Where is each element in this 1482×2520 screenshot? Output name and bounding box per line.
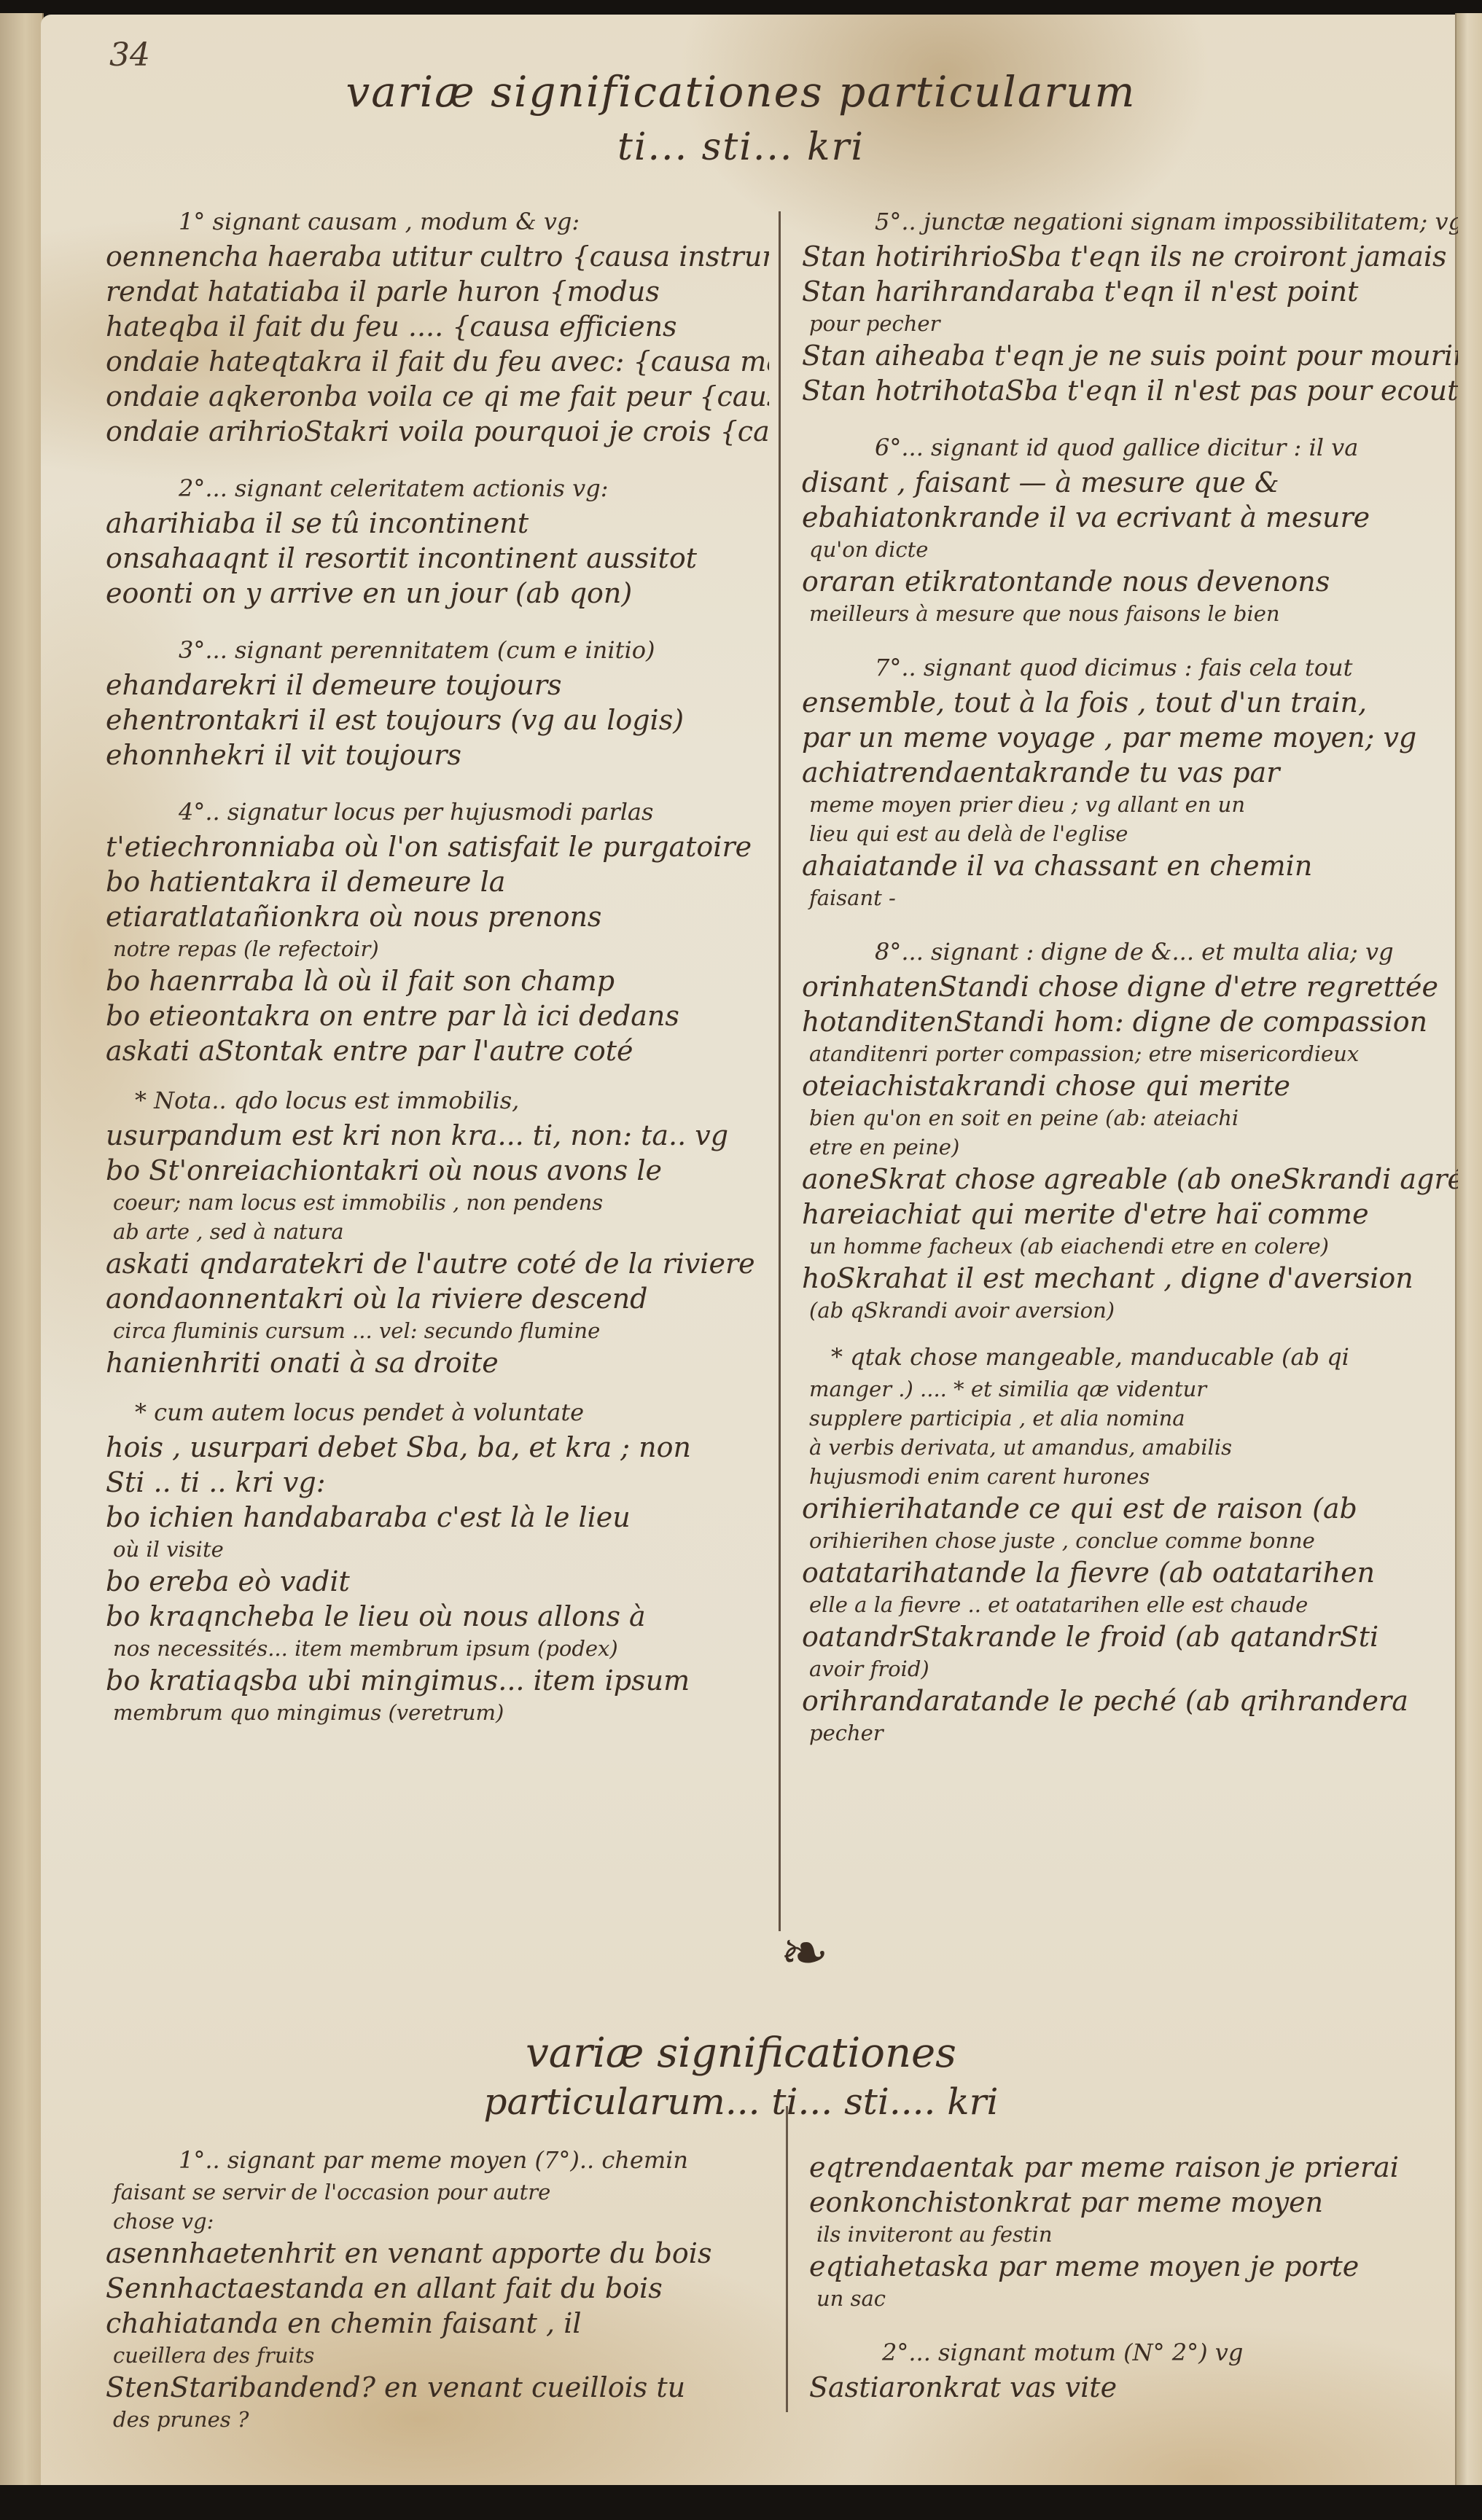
text-line: supplere participia , et alia nomina [802, 1404, 1458, 1433]
text-line: ondaie arihrioStakri voila pourquoi je c… [106, 414, 769, 449]
section-heading: 6°... signant id quod gallice dicitur : … [802, 430, 1458, 465]
text-line: bo kraqncheba le lieu où nous allons à [106, 1599, 769, 1634]
section-heading: 1°.. signant par meme moyen (7°).. chemi… [106, 2143, 769, 2177]
text-line: bo ereba eò vadit [106, 1564, 769, 1599]
text-line: bo ichien handabaraba c'est là le lieu [106, 1500, 769, 1535]
text-line: ils inviteront au festin [809, 2220, 1458, 2249]
column-divider [779, 211, 781, 1931]
text-line: lieu qui est au delà de l'eglise [802, 819, 1458, 848]
text-line: avoir froid) [802, 1654, 1458, 1683]
text-line: bo etieontakra on entre par là ici dedan… [106, 998, 769, 1033]
text-line: achiatrendaentakrande tu vas par [802, 755, 1458, 790]
text-line: pour pecher [802, 309, 1458, 338]
text-line: circa fluminis cursum ... vel: secundo f… [106, 1316, 769, 1345]
text-line: hotanditenStandi hom: digne de compassio… [802, 1004, 1458, 1039]
text-line: chahiatanda en chemin faisant , il [106, 2306, 769, 2341]
text-line: orihrandaratande le peché (ab qrihrander… [802, 1683, 1458, 1718]
text-line: StenStaribandend? en venant cueillois tu [106, 2370, 769, 2405]
text-line: par un meme voyage , par meme moyen; vg [802, 720, 1458, 755]
text-line: ondaie hateqtakra il fait du feu avec: {… [106, 344, 769, 379]
note-line: * Nota.. qdo locus est immobilis, [106, 1083, 769, 1118]
text-line: hois , usurpari debet Sba, ba, et kra ; … [106, 1430, 769, 1465]
page-title: variæ significationes particularum [0, 67, 1482, 117]
text-line: où il visite [106, 1535, 769, 1564]
page-subtitle: ti... sti... kri [0, 125, 1482, 169]
text-line: meilleurs à mesure que nous faisons le b… [802, 599, 1458, 628]
text-line: (ab qSkrandi avoir aversion) [802, 1296, 1458, 1325]
text-line: eoonti on y arrive en un jour (ab qon) [106, 576, 769, 611]
section-heading: 8°... signant : digne de &... et multa a… [802, 934, 1458, 969]
note-line: * cum autem locus pendet à voluntate [106, 1395, 769, 1430]
section-heading: 2°... signant motum (N° 2°) vg [809, 2335, 1458, 2370]
text-line: oraran etikratontande nous devenons [802, 564, 1458, 599]
text-line: ehonnhekri il vit toujours [106, 737, 769, 772]
text-line: eqtiahetaska par meme moyen je porte [809, 2249, 1458, 2284]
text-line: faisant - [802, 883, 1458, 912]
text-line: bo haenrraba là où il fait son champ [106, 963, 769, 998]
text-line: coeur; nam locus est immobilis , non pen… [106, 1188, 769, 1217]
text-line: à verbis derivata, ut amandus, amabilis [802, 1433, 1458, 1462]
text-line: Stan aiheaba t'eqn je ne suis point pour… [802, 338, 1458, 373]
text-line: Sennhactaestanda en allant fait du bois [106, 2271, 769, 2306]
text-line: orihierihen chose juste , conclue comme … [802, 1526, 1458, 1555]
text-line: aoneSkrat chose agreable (ab oneSkrandi … [802, 1162, 1458, 1197]
text-line: usurpandum est kri non kra... ti, non: t… [106, 1118, 769, 1153]
right-column: 5°.. junctæ negationi signam impossibili… [802, 204, 1458, 1748]
text-line: notre repas (le refectoir) [106, 934, 769, 963]
text-line: bo kratiaqsba ubi mingimus... item ipsum [106, 1663, 769, 1698]
fleuron-ornament: ❧ [780, 1924, 816, 1997]
text-line: oennencha haeraba utitur cultro {causa i… [106, 239, 769, 274]
text-line: askati aStontak entre par l'autre coté [106, 1033, 769, 1068]
text-line: Stan harihrandaraba t'eqn il n'est point [802, 274, 1458, 309]
text-line: Sti .. ti .. kri vg: [106, 1465, 769, 1500]
text-line: un sac [809, 2284, 1458, 2313]
text-line: etre en peine) [802, 1132, 1458, 1162]
text-line: oatandrStakrande le froid (ab qatandrSti [802, 1619, 1458, 1654]
text-line: onsahaaqnt il resortit incontinent aussi… [106, 541, 769, 576]
text-line: hujusmodi enim carent hurones [802, 1462, 1458, 1491]
text-line: ahaiatande il va chassant en chemin [802, 848, 1458, 883]
note-line: * qtak chose mangeable, manducable (ab q… [802, 1339, 1458, 1374]
text-line: hanienhriti onati à sa droite [106, 1345, 769, 1380]
text-line: asennhaetenhrit en venant apporte du boi… [106, 2236, 769, 2271]
text-line: Stan hotrihotaSba t'eqn il n'est pas pou… [802, 373, 1458, 408]
text-line: aharihiaba il se tû incontinent [106, 506, 769, 541]
text-line: bo St'onreiachiontakri où nous avons le [106, 1153, 769, 1188]
section-heading: 2°... signant celeritatem actionis vg: [106, 471, 769, 506]
section-heading: 3°... signant perennitatem (cum e initio… [106, 633, 769, 668]
left-column: 1° signant causam , modum & vg:oennencha… [106, 204, 769, 1727]
text-line: orinhatenStandi chose digne d'etre regre… [802, 969, 1458, 1004]
text-line: orihierihatande ce qui est de raison (ab [802, 1491, 1458, 1526]
text-line: bo hatientakra il demeure la [106, 864, 769, 899]
text-line: disant , faisant — à mesure que & [802, 465, 1458, 500]
bottom-right-column: eqtrendaentak par meme raison je prierai… [809, 2150, 1458, 2405]
text-line: meme moyen prier dieu ; vg allant en un [802, 790, 1458, 819]
text-line: t'etiechronniaba où l'on satisfait le pu… [106, 829, 769, 864]
text-line: hateqba il fait du feu .... {causa effic… [106, 309, 769, 344]
section-heading: 7°.. signant quod dicimus : fais cela to… [802, 650, 1458, 685]
text-line: Stan hotirihrioSba t'eqn ils ne croiront… [802, 239, 1458, 274]
section-subtitle: particularum... ti... sti.... kri [0, 2081, 1482, 2123]
scan-border-bottom [0, 2485, 1482, 2520]
text-line: eqtrendaentak par meme raison je prierai [809, 2150, 1458, 2185]
text-line: hoSkrahat il est mechant , digne d'avers… [802, 1261, 1458, 1296]
bottom-left-column: 1°.. signant par meme moyen (7°).. chemi… [106, 2143, 769, 2434]
text-line: qu'on dicte [802, 535, 1458, 564]
text-line: ehandarekri il demeure toujours [106, 668, 769, 703]
text-line: ensemble, tout à la fois , tout d'un tra… [802, 685, 1458, 720]
text-line: chose vg: [106, 2207, 769, 2236]
text-line: Sastiaronkrat vas vite [809, 2370, 1458, 2405]
text-line: ab arte , sed à natura [106, 1217, 769, 1246]
text-line: manger .) .... * et similia qæ videntur [802, 1374, 1458, 1404]
text-line: eonkonchistonkrat par meme moyen [809, 2185, 1458, 2220]
text-line: etiaratlatañionkra où nous prenons [106, 899, 769, 934]
text-line: rendat hatatiaba il parle huron {modus [106, 274, 769, 309]
text-line: pecher [802, 1718, 1458, 1748]
section-heading: 5°.. junctæ negationi signam impossibili… [802, 204, 1458, 239]
section-heading: 4°.. signatur locus per hujusmodi parlas [106, 794, 769, 829]
text-line: nos necessités... item membrum ipsum (po… [106, 1634, 769, 1663]
text-line: bien qu'on en soit en peine (ab: ateiach… [802, 1103, 1458, 1132]
text-line: ebahiatonkrande il va ecrivant à mesure [802, 500, 1458, 535]
text-line: faisant se servir de l'occasion pour aut… [106, 2177, 769, 2207]
text-line: elle a la fievre .. et oatatarihen elle … [802, 1590, 1458, 1619]
text-line: aondaonnentakri où la riviere descend [106, 1281, 769, 1316]
text-line: membrum quo mingimus (veretrum) [106, 1698, 769, 1727]
section-title: variæ significationes [0, 2030, 1482, 2077]
text-line: askati qndaratekri de l'autre coté de la… [106, 1246, 769, 1281]
column-divider-bottom [786, 2106, 788, 2412]
text-line: ehentrontakri il est toujours (vg au log… [106, 703, 769, 737]
text-line: des prunes ? [106, 2405, 769, 2434]
text-line: atanditenri porter compassion; etre mise… [802, 1039, 1458, 1068]
text-line: cueillera des fruits [106, 2341, 769, 2370]
text-line: oteiachistakrandi chose qui merite [802, 1068, 1458, 1103]
text-line: ondaie aqkeronba voila ce qi me fait peu… [106, 379, 769, 414]
text-line: un homme facheux (ab eiachendi etre en c… [802, 1232, 1458, 1261]
section-heading: 1° signant causam , modum & vg: [106, 204, 769, 239]
text-line: hareiachiat qui merite d'etre haï comme [802, 1197, 1458, 1232]
text-line: oatatarihatande la fievre (ab oatatarihe… [802, 1555, 1458, 1590]
